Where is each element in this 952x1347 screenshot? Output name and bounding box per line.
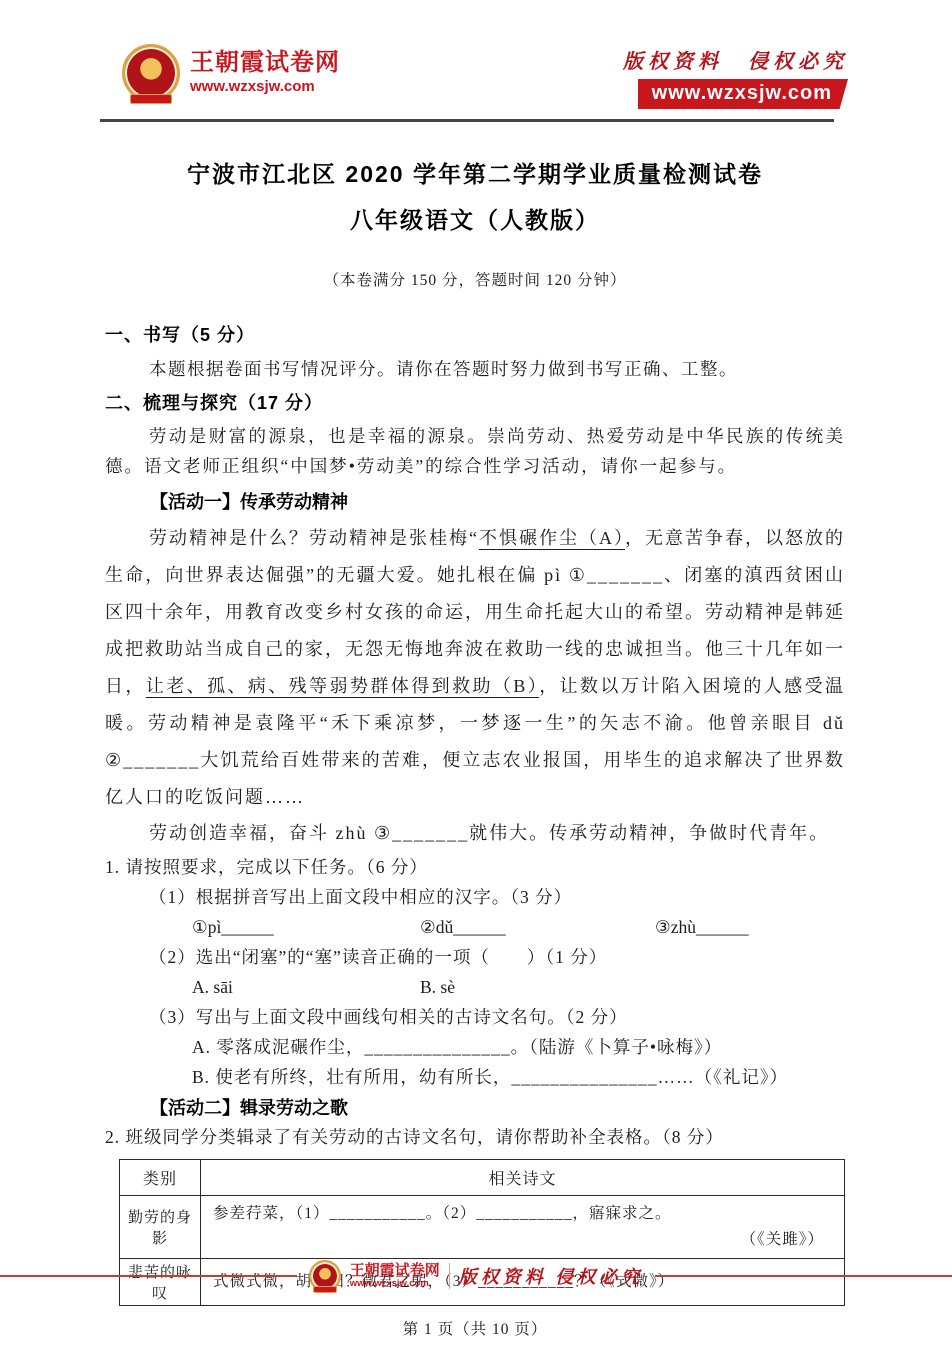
exam-subtitle: 八年级语文（人教版） bbox=[105, 202, 845, 235]
bottom-banner: 王朝霞试卷网 www.wzxsjw.com 版权资料 侵权必究 bbox=[0, 1260, 952, 1292]
passage-closing: 劳动创造幸福，奋斗 zhù ③_______就伟大。传承劳动精神，争做时代青年。 bbox=[105, 816, 845, 850]
famous-line-b: B. 使老有所终，壮有所用，幼有所长，_______________……（《礼记… bbox=[105, 1062, 845, 1092]
exam-content: 宁波市江北区 2020 学年第二学期学业质量检测试卷 八年级语文（人教版） （本… bbox=[105, 122, 845, 1339]
bottom-divider-line-right bbox=[655, 1275, 952, 1277]
url-banner: www.wzxsjw.com bbox=[638, 79, 848, 109]
exam-title: 宁波市江北区 2020 学年第二学期学业质量检测试卷 bbox=[105, 156, 845, 189]
brand-logo: 王朝霞试卷网 www.wzxsjw.com bbox=[122, 44, 340, 102]
site-url: www.wzxsjw.com bbox=[190, 79, 340, 96]
table-header-row: 类别 相关诗文 bbox=[120, 1160, 845, 1196]
brand-logo-text: 王朝霞试卷网 www.wzxsjw.com bbox=[190, 50, 340, 96]
famous-line-a: A. 零落成泥碾作尘，_______________。（陆游《卜算子•咏梅》） bbox=[105, 1032, 845, 1062]
underlined-phrase-b: 让老、孤、病、残等弱势群体得到救助（B） bbox=[146, 676, 539, 696]
brand-badge-icon-small bbox=[309, 1260, 341, 1292]
bottom-divider-line-left bbox=[0, 1275, 297, 1277]
content-cell: 参差荇菜，（1）___________。（2）___________，寤寐求之。… bbox=[201, 1196, 845, 1259]
option-a: A. sāi bbox=[192, 972, 420, 1002]
category-cell: 勤劳的身影 bbox=[120, 1196, 201, 1259]
question-1-sub-2: （2）选出“闭塞”的“塞”读音正确的一项（ ）（1 分） bbox=[105, 942, 845, 972]
brand-badge-icon bbox=[122, 44, 180, 102]
table-row: 勤劳的身影 参差荇菜，（1）___________。（2）___________… bbox=[120, 1196, 845, 1259]
pinyin-blank-3: ③zhù______ bbox=[655, 912, 748, 942]
header-right: 版权资料 侵权必究 www.wzxsjw.com bbox=[623, 45, 848, 109]
question-1-sub-3: （3）写出与上面文段中画线句相关的古诗文名句。（2 分） bbox=[105, 1002, 845, 1032]
bottom-site-name: 王朝霞试卷网 bbox=[350, 1263, 440, 1279]
passage-text-2: ，无意苦争春，以怒放的生命，向世界表达倔强”的无疆大爱。她扎根在偏 pì ①__… bbox=[105, 528, 845, 696]
underlined-phrase-a: 不惧碾作尘（A） bbox=[479, 528, 625, 548]
pinyin-blank-row: ①pì______ ②dǔ______ ③zhù______ bbox=[105, 912, 845, 942]
pinyin-blank-1: ①pì______ bbox=[192, 912, 420, 942]
table-header-content: 相关诗文 bbox=[201, 1160, 845, 1196]
passage-paragraph: 劳动精神是什么？劳动精神是张桂梅“不惧碾作尘（A），无意苦争春，以怒放的生命，向… bbox=[105, 520, 845, 816]
exam-paper-page: 王朝霞试卷网 www.wzxsjw.com 版权资料 侵权必究 www.wzxs… bbox=[0, 0, 952, 1347]
bottom-brand-divider bbox=[449, 1263, 450, 1289]
question-2-stem: 2. 班级同学分类辑录了有关劳动的古诗文名句，请你帮助补全表格。（8 分） bbox=[105, 1122, 845, 1152]
section-1-heading: 一、书写（5 分） bbox=[105, 321, 845, 347]
passage-text-1: 劳动精神是什么？劳动精神是张桂梅“ bbox=[149, 528, 479, 548]
page-number: 第 1 页（共 10 页） bbox=[105, 1317, 845, 1339]
option-b: B. sè bbox=[420, 972, 455, 1002]
activity-2-heading: 【活动二】辑录劳动之歌 bbox=[105, 1094, 845, 1120]
table-header-category: 类别 bbox=[120, 1160, 201, 1196]
question-1-sub-1: （1）根据拼音写出上面文段中相应的汉字。（3 分） bbox=[105, 882, 845, 912]
activity-1-heading: 【活动一】传承劳动精神 bbox=[105, 488, 845, 514]
site-name: 王朝霞试卷网 bbox=[190, 50, 340, 76]
bottom-copyright-slogan: 版权资料 侵权必究 bbox=[459, 1263, 644, 1289]
poem-line: 参差荇菜，（1）___________。（2）___________，寤寐求之。 bbox=[213, 1201, 832, 1227]
poem-citation: （《关雎》） bbox=[213, 1227, 832, 1253]
page-header: 王朝霞试卷网 www.wzxsjw.com 版权资料 侵权必究 www.wzxs… bbox=[122, 44, 848, 109]
copyright-slogan: 版权资料 侵权必究 bbox=[623, 45, 848, 74]
pinyin-blank-2: ②dǔ______ bbox=[420, 912, 655, 942]
section-2-intro: 劳动是财富的源泉，也是幸福的源泉。崇尚劳动、热爱劳动是中华民族的传统美德。语文老… bbox=[105, 421, 845, 481]
bottom-brand-text: 王朝霞试卷网 www.wzxsjw.com bbox=[350, 1263, 440, 1289]
option-row: A. sāi B. sè bbox=[105, 972, 845, 1002]
bottom-brand: 王朝霞试卷网 www.wzxsjw.com 版权资料 侵权必究 bbox=[297, 1260, 656, 1292]
question-1-stem: 1. 请按照要求，完成以下任务。（6 分） bbox=[105, 852, 845, 882]
section-1-body: 本题根据卷面书写情况评分。请你在答题时努力做到书写正确、工整。 bbox=[105, 356, 845, 381]
bottom-site-url: www.wzxsjw.com bbox=[350, 1279, 440, 1289]
section-2-heading: 二、梳理与探究（17 分） bbox=[105, 389, 845, 415]
exam-meta: （本卷满分 150 分，答题时间 120 分钟） bbox=[105, 268, 845, 290]
